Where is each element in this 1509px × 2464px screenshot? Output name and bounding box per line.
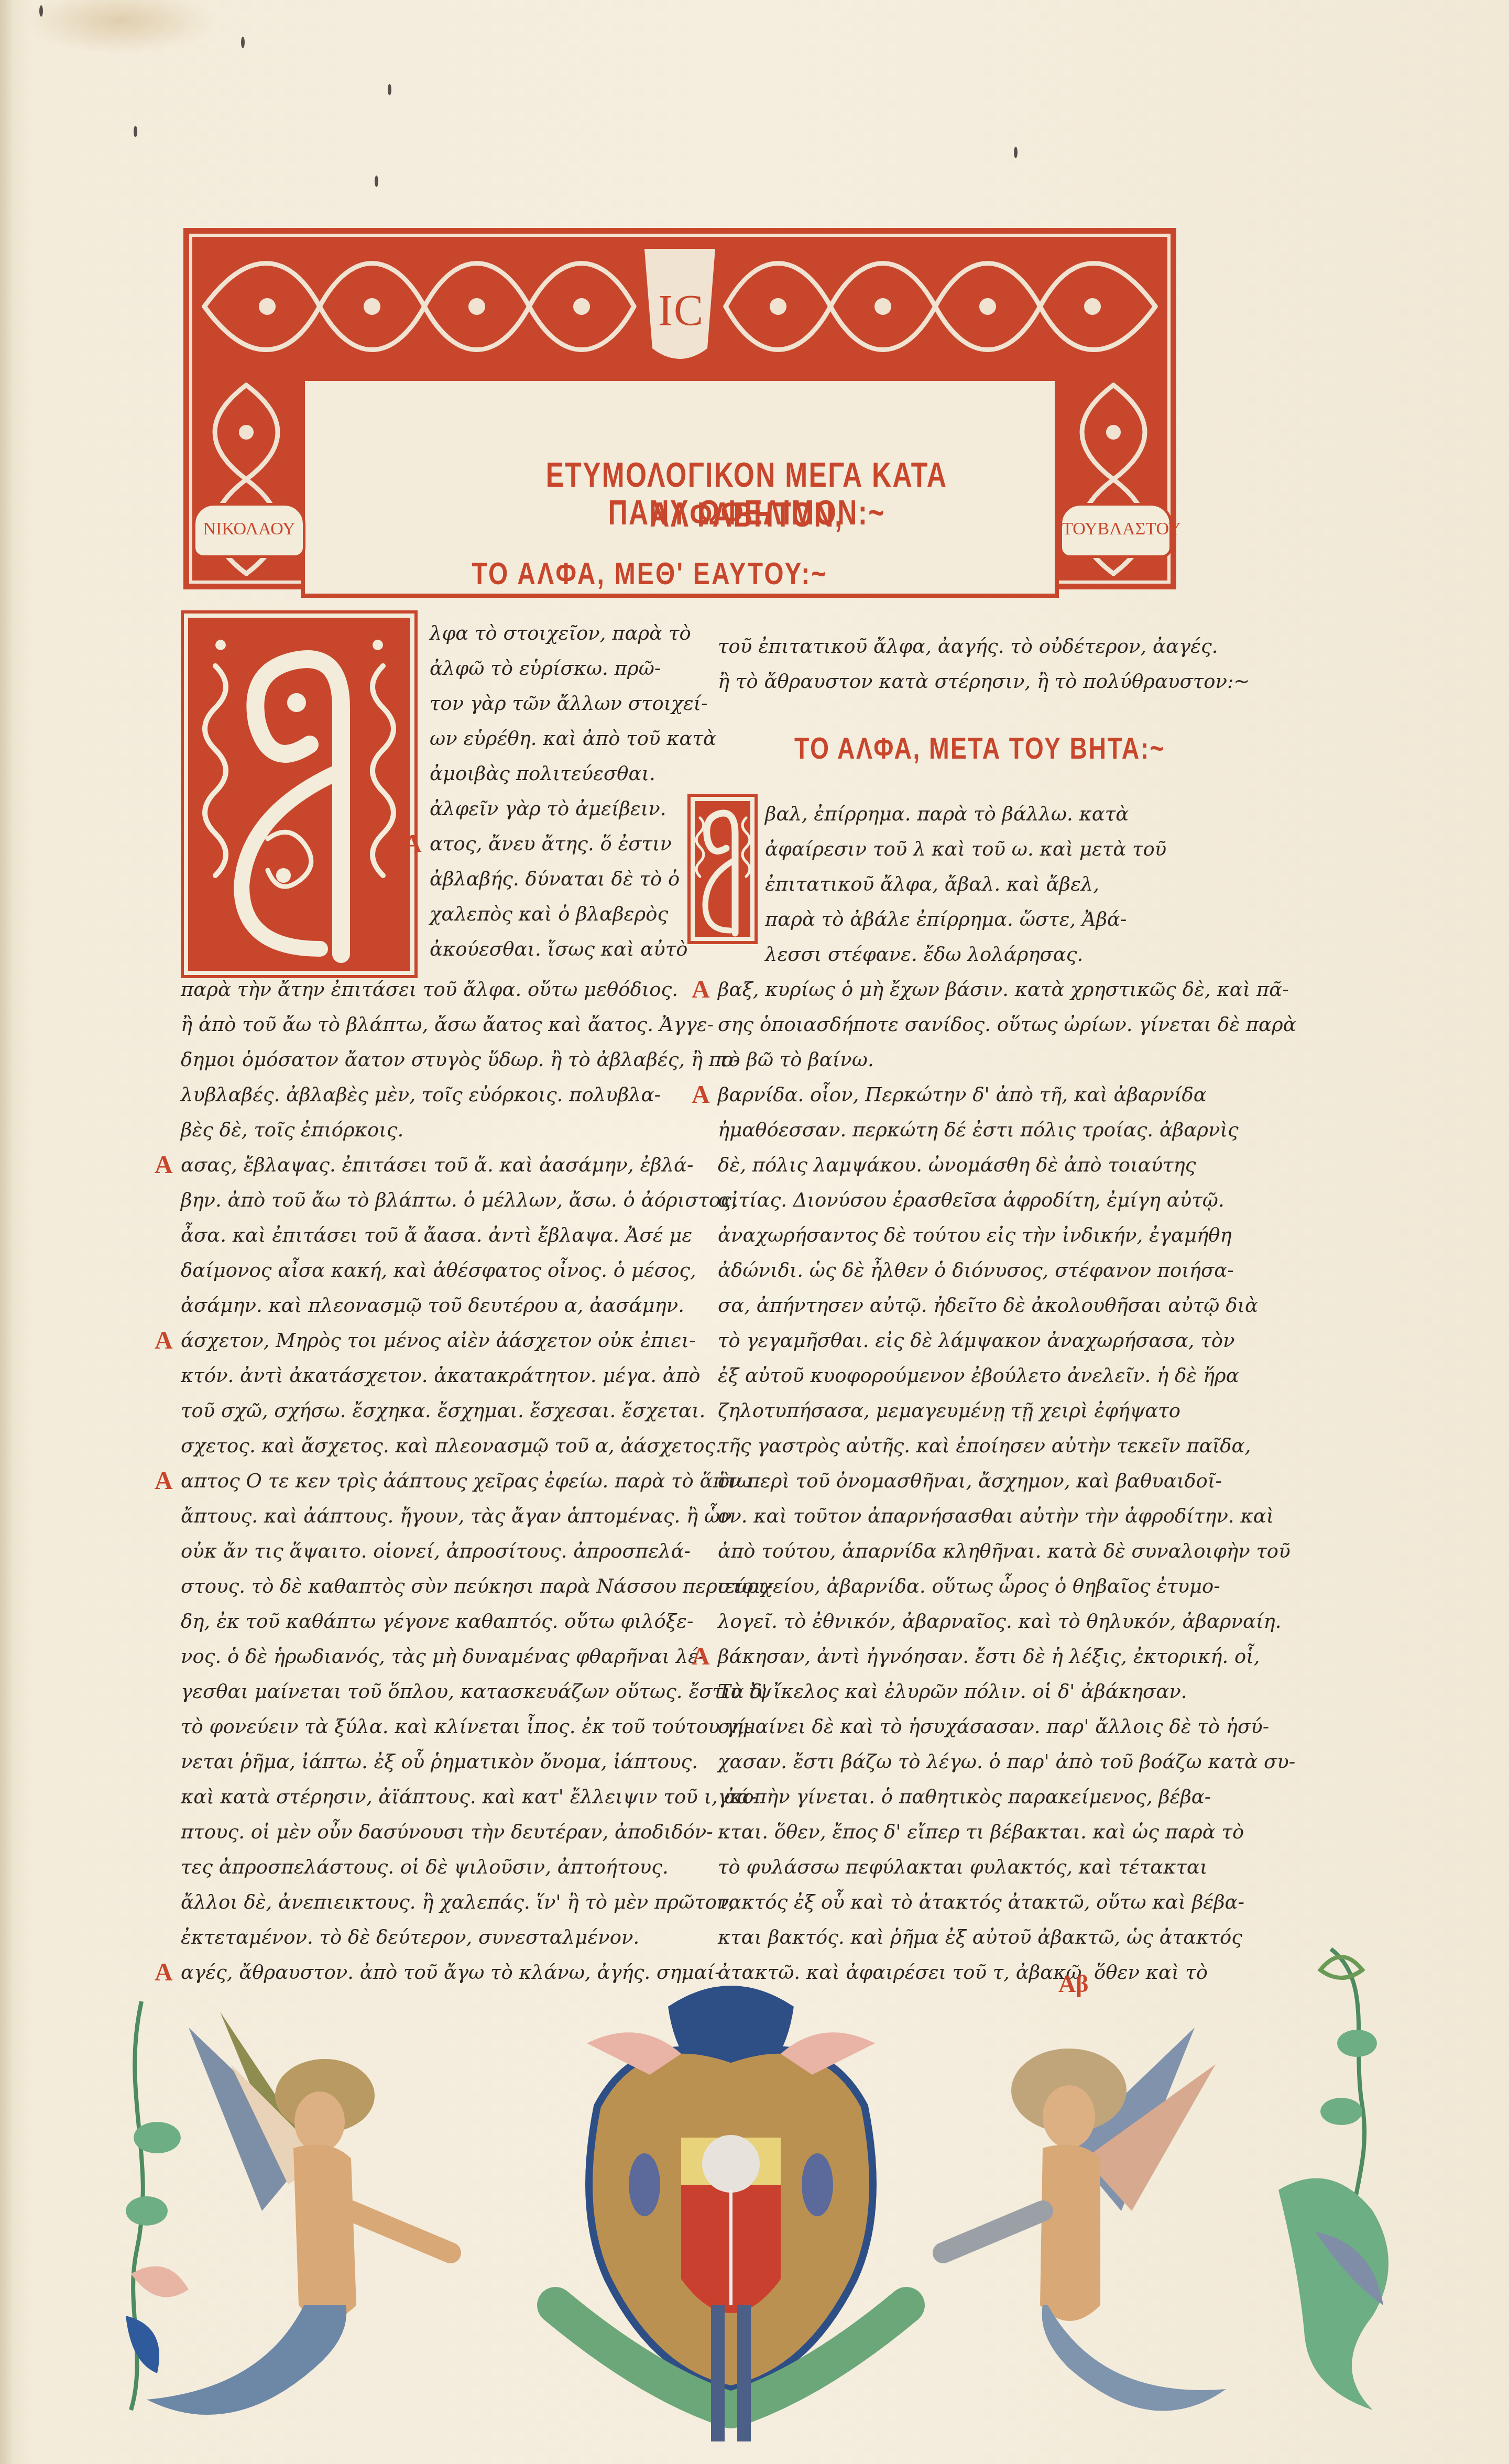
text-line: λυβλαβές. ἀβλαβὲς μὲν, τοῖς εὐόρκοις. πο… <box>181 1077 679 1112</box>
text-line: τὸ φονεύειν τὰ ξύλα. καὶ κλίνεται ἶπος. … <box>181 1709 679 1744</box>
text-line: ἀλφῶ τὸ εὑρίσκω. πρῶ- <box>430 651 676 686</box>
text-line: Τὰ δ' ἴκελος καὶ ἐλυρῶν πόλιν. οἱ δ' ἀβά… <box>718 1674 1197 1709</box>
entry-line-rubric: Ααπτος Ο τε κεν τρὶς ἀάπτους χεῖρας ἐφεί… <box>181 1463 679 1498</box>
acanthus-vine-right-icon <box>1278 1949 1388 2410</box>
paper-speck <box>375 176 378 187</box>
text-line: σημαίνει δὲ καὶ τὸ ἡσυχάσασαν. παρ' ἄλλο… <box>718 1709 1197 1744</box>
paper-speck <box>134 126 137 137</box>
text-line: ἀφαίρεσιν τοῦ λ καὶ τοῦ ω. καὶ μετὰ τοῦ <box>765 831 1200 867</box>
text-line: γκοπὴν γίνεται. ὁ παθητικὸς παρακείμενος… <box>718 1779 1197 1814</box>
right-column-intro: βαλ, ἐπίρρημα. παρὰ τὸ βάλλω. κατὰ ἀφαίρ… <box>765 796 1200 972</box>
text-line: δὲ, πόλις λαμψάκου. ὠνομάσθη δὲ ἀπὸ τοια… <box>718 1147 1197 1182</box>
text-line: κται. ὅθεν, ἔπος δ' εἴπερ τι βέβακται. κ… <box>718 1814 1197 1849</box>
rubric-initial-a: Α <box>155 1323 173 1358</box>
text-line: γεσθαι μαίνεται τοῦ ὅπλου, κατασκευάζων … <box>181 1674 679 1709</box>
text-line: τοῦ σχῶ, σχήσω. ἔσχηκα. ἔσχημαι. ἔσχεσαι… <box>181 1393 679 1428</box>
text-line: βὲς δὲ, τοῖς ἐπιόρκοις. <box>181 1112 679 1147</box>
paper-speck <box>39 5 43 17</box>
text-line: κτόν. ἀντὶ ἀκατάσχετον. ἀκατακράτητον. μ… <box>181 1358 679 1393</box>
rubric-initial-a: Α <box>692 972 710 1007</box>
text-line: ἀναχωρήσαντος δὲ τούτου εἰς τὴν ἰνδικήν,… <box>718 1218 1197 1253</box>
text-line: σχετος. καὶ ἄσχετος. καὶ πλεονασμῷ τοῦ α… <box>181 1428 679 1463</box>
woodcut-headpiece: IC ΝΙΚΟΛΑΟΥ ΤΟΥΒΛΑΣΤΟΥ <box>183 228 1176 589</box>
text-line: δημοι ὁμόσατον ἄατον στυγὸς ὕδωρ. ἢ τὸ ἀ… <box>181 1042 679 1077</box>
paper-speck <box>241 37 245 48</box>
text-line: βαλ, ἐπίρρημα. παρὰ τὸ βάλλω. κατὰ <box>765 796 1200 831</box>
text-line: ἢ ἀπὸ τοῦ ἄω τὸ βλάπτω, ἄσω ἄατος καὶ ἄα… <box>181 1007 679 1042</box>
ic-monogram: IC <box>650 286 713 338</box>
text-line: ὃν περὶ τοῦ ὀνομασθῆναι, ἄσχημον, καὶ βα… <box>718 1463 1197 1498</box>
paper-speck <box>1014 147 1018 158</box>
text-line: λογεῖ. τὸ ἐθνικόν, ἀβαρναῖος. καὶ τὸ θηλ… <box>718 1604 1197 1639</box>
paper-speck <box>388 84 391 95</box>
text-line: λφα τὸ στοιχεῖον, παρὰ τὸ <box>430 616 676 651</box>
text-line: δαίμονος αἶσα κακή, καὶ ἀθέσφατος οἶνος.… <box>181 1253 679 1288</box>
text-line: τῆς γαστρὸς αὐτῆς. καὶ ἐποίησεν αὐτὴν τε… <box>718 1428 1197 1463</box>
text-line: ἐπιτατικοῦ ἄλφα, ἄβαλ. καὶ ἄβελ, <box>765 867 1200 902</box>
text-line: χασαν. ἔστι βάζω τὸ λέγω. ὁ παρ' ἀπὸ τοῦ… <box>718 1744 1197 1779</box>
rubric-initial-a: Α <box>155 1147 173 1182</box>
winged-siren-left-icon <box>147 2012 451 2415</box>
text-line: τον γὰρ τῶν ἄλλων στοιχεί- <box>430 686 676 721</box>
text-line: νεται ῥῆμα, ἰάπτω. ἐξ οὗ ῥηματικὸν ὄνομα… <box>181 1744 679 1779</box>
alpha-initial-icon <box>691 797 754 941</box>
text-line: βην. ἀπὸ τοῦ ἄω τὸ βλάπτω. ὁ μέλλων, ἄσω… <box>181 1182 679 1218</box>
text-line: τὸ γεγαμῆσθαι. εἰς δὲ λάμψακον ἀναχωρήσα… <box>718 1323 1197 1358</box>
section-heading-alpha-beta: ΤΟ ΑΛΦΑ, ΜΕΤΑ ΤΟΥ ΒΗΤΑ:~ <box>791 731 1168 766</box>
text-line: ἀβλαβής. δύναται δὲ τὸ ὁ <box>430 861 676 896</box>
text-line: ἆσα. καὶ ἐπιτάσει τοῦ ἄ ἄασα. ἀντὶ ἔβλαψ… <box>181 1218 679 1253</box>
text-line: ἀσάμην. καὶ πλεονασμῷ τοῦ δευτέρου α, ἀα… <box>181 1288 679 1323</box>
text-line: πτους. οἱ μὲν οὖν δασύνουσι τὴν δευτέραν… <box>181 1814 679 1849</box>
text-line: νος. ὁ δὲ ἡρωδιανός, τὰς μὴ δυναμένας φθ… <box>181 1639 679 1674</box>
text-line: παρὰ τὸ ἀβάλε ἐπίρρημα. ὥστε, Ἀβά- <box>765 902 1200 937</box>
rubric-initial-a: Α <box>692 1077 710 1112</box>
text-line: ἠμαθόεσσαν. περκώτη δέ ἐστι πόλις τροίας… <box>718 1112 1197 1147</box>
text-line: ἀλφεῖν γὰρ τὸ ἀμείβειν. <box>430 791 676 826</box>
text-line: στους. τὸ δὲ καθαπτὸς σὺν πεύκησι παρὰ Ν… <box>181 1569 679 1604</box>
text-line: τὸ βῶ τὸ βαίνω. <box>718 1042 1197 1077</box>
text-line: σης ὁποιασδήποτε σανίδος. οὕτως ὠρίων. γ… <box>718 1007 1197 1042</box>
entry-line-rubric: Αάσχετον, Μηρὸς τοι μένος αἰὲν ἀάσχετον … <box>181 1323 679 1358</box>
left-column-body: παρὰ τὴν ἄτην ἐπιτάσει τοῦ ἄλφα. οὕτω με… <box>181 972 679 1990</box>
page-gutter-edge <box>0 0 15 2464</box>
text-line: ἄλλοι δὲ, ἀνεπιεικτους. ἢ χαλεπάς. ἵν' ἢ… <box>181 1885 679 1920</box>
text-line: τοῦ ἐπιτατικοῦ ἄλφα, ἀαγής. τὸ οὐδέτερον… <box>718 629 1189 664</box>
text-line: ἀμοιβὰς πολιτεύεσθαι. <box>430 756 676 791</box>
right-column-body: Αβαξ, κυρίως ὁ μὴ ἔχων βάσιν. κατὰ χρηστ… <box>718 972 1197 1990</box>
text-line: τακτός ἐξ οὗ καὶ τὸ ἀτακτός ἀτακτῶ, οὕτω… <box>718 1885 1197 1920</box>
cartouche-left: ΝΙΚΟΛΑΟΥ <box>193 503 305 558</box>
entry-line-rubric: Αβάκησαν, ἀντὶ ἠγνόησαν. ἔστι δὲ ἡ λέξις… <box>718 1639 1197 1674</box>
rubric-initial-a: Α <box>403 826 422 861</box>
text-line: ἀκούεσθαι. ἴσως καὶ αὐτὸ <box>430 932 676 967</box>
entry-line-rubric: Αασας, ἔβλαψας. ἐπιτάσει τοῦ ἄ. καὶ ἀασά… <box>181 1147 679 1182</box>
rubric-initial-a: Α <box>692 1639 710 1674</box>
text-line: αἰτίας. Διονύσου ἐρασθεῖσα ἀφροδίτη, ἐμί… <box>718 1182 1197 1218</box>
text-line: δη, ἐκ τοῦ καθάπτω γέγονε καθαπτός. οὕτω… <box>181 1604 679 1639</box>
text-line: ἄπτους. καὶ ἀάπτους. ἤγουν, τὰς ἄγαν ἁπτ… <box>181 1498 679 1534</box>
text-line: παρὰ τὴν ἄτην ἐπιτάσει τοῦ ἄλφα. οὕτω με… <box>181 972 679 1007</box>
right-column-top: τοῦ ἐπιτατικοῦ ἄλφα, ἀαγής. τὸ οὐδέτερον… <box>718 629 1189 699</box>
entry-line-rubric: Αβαξ, κυρίως ὁ μὴ ἔχων βάσιν. κατὰ χρηστ… <box>718 972 1197 1007</box>
book-title-line-2: ΠΑΝΥ ΩΦΕΛΙΜΟΝ:~ <box>451 492 1043 532</box>
text-line: τες ἀπροσπελάστους. οἱ δὲ ψιλοῦσιν, ἀπτο… <box>181 1849 679 1885</box>
entry-line-rubric: Αβαρνίδα. οἷον, Περκώτην δ' ἀπὸ τῆ, καὶ … <box>718 1077 1197 1112</box>
text-line: λεσσι στέφανε. ἔδω λολάρησας. <box>765 937 1200 972</box>
text-line: ἐξ αὐτοῦ κυοφορούμενον ἐβούλετο ἀνελεῖν.… <box>718 1358 1197 1393</box>
text-line: καὶ κατὰ στέρησιν, ἀϊάπτους. καὶ κατ' ἔλ… <box>181 1779 679 1814</box>
rubric-initial-a: Α <box>155 1463 173 1498</box>
entry-line-rubric: Αατος, ἄνευ ἄτης. ὅ ἐστιν <box>430 826 676 861</box>
left-column-intro: λφα τὸ στοιχεῖον, παρὰ τὸ ἀλφῶ τὸ εὑρίσκ… <box>430 616 676 967</box>
text-line: ον. καὶ τοῦτον ἀπαρνήσασθαι αὐτὴν τὴν ἀφ… <box>718 1498 1197 1534</box>
section-heading-alpha-self: ΤΟ ΑΛΦΑ, ΜΕΘ' ΕΑΥΤΟΥ:~ <box>461 555 838 592</box>
text-line: ἢ τὸ ἄθραυστον κατὰ στέρησιν, ἢ τὸ πολύθ… <box>718 664 1189 699</box>
text-line: στοιχείου, ἀβαρνίδα. οὕτως ὧρος ὁ θηβαῖο… <box>718 1569 1197 1604</box>
text-line: χαλεπὸς καὶ ὁ βλαβερὸς <box>430 896 676 932</box>
cartouche-right: ΤΟΥΒΛΑΣΤΟΥ <box>1059 503 1172 558</box>
illuminated-bottom-border <box>126 1939 1415 2464</box>
decorated-initial-alpha <box>181 610 418 978</box>
coat-of-arms-icon <box>587 1986 875 2389</box>
winged-siren-right-icon <box>943 2028 1226 2411</box>
text-line: ἀδώνιδι. ὡς δὲ ἦλθεν ὁ διόνυσος, στέφανο… <box>718 1253 1197 1288</box>
text-line: οὐκ ἄν τις ἅψαιτο. οἱονεί, ἀπροσίτους. ἀ… <box>181 1534 679 1569</box>
vine-left-icon <box>126 2001 189 2410</box>
alpha-initial-icon <box>184 614 414 975</box>
text-line: ἀπὸ τούτου, ἀπαρνίδα κληθῆναι. κατὰ δὲ σ… <box>718 1534 1197 1569</box>
text-line: ων εὑρέθη. καὶ ἀπὸ τοῦ κατὰ <box>430 721 676 756</box>
text-line: ζηλοτυπήσασα, μεμαγευμένῃ τῇ χειρὶ ἐφήψα… <box>718 1393 1197 1428</box>
decorated-initial-alpha-small <box>687 794 758 944</box>
text-line: τὸ φυλάσσω πεφύλακται φυλακτός, καὶ τέτα… <box>718 1849 1197 1885</box>
text-line: σα, ἀπήντησεν αὐτῷ. ἠδεῖτο δὲ ἀκολουθῆσα… <box>718 1288 1197 1323</box>
